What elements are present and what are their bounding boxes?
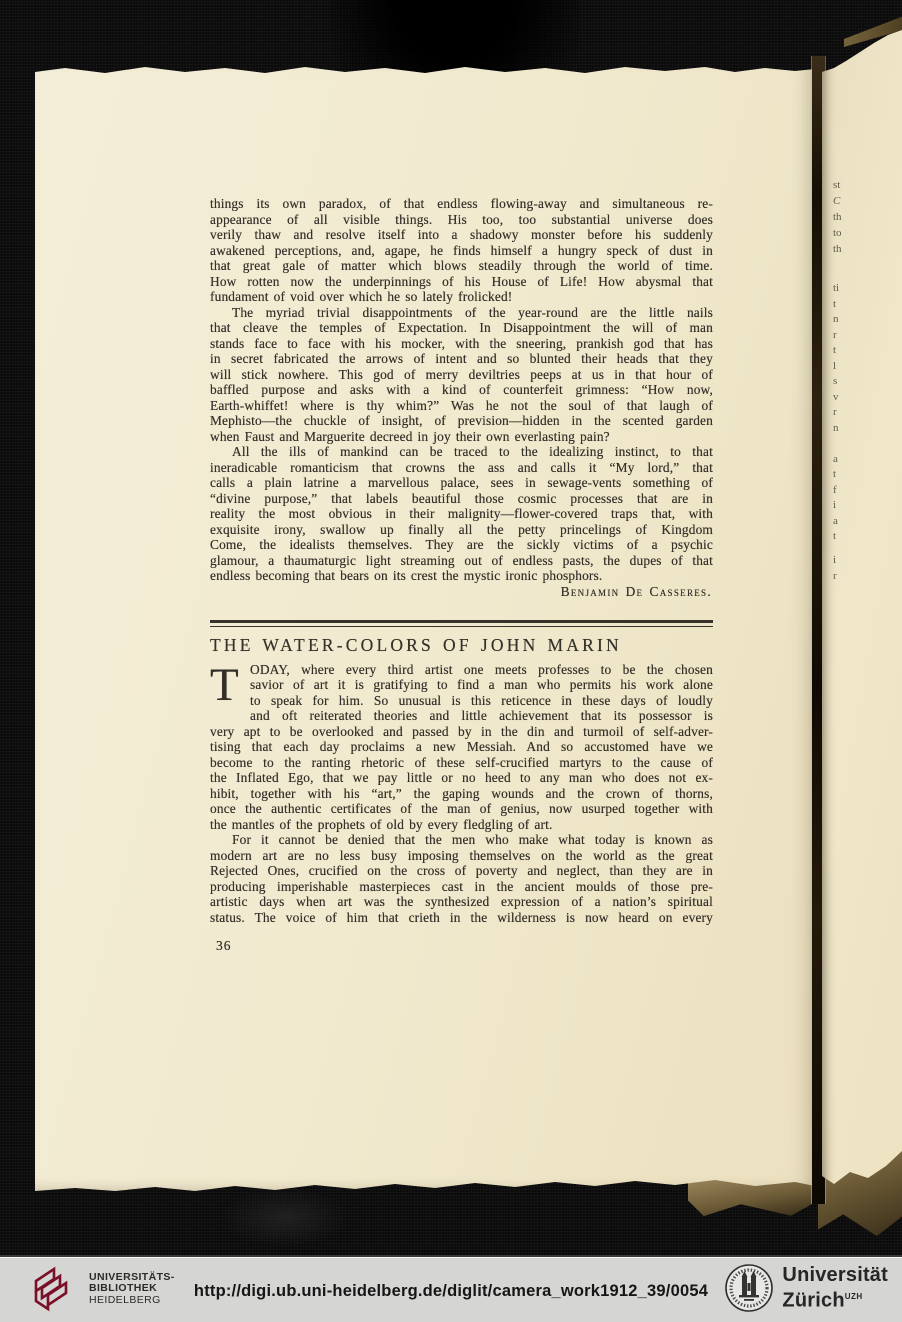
- edge-text-fragment: l: [833, 361, 836, 372]
- text-line: Rejected Ones, crucified on the cross of…: [210, 863, 713, 879]
- text-line: All the ills of mankind can be traced to…: [210, 444, 713, 460]
- edge-text-fragment: to: [833, 228, 842, 239]
- edge-text-fragment: C: [833, 196, 840, 207]
- scan-noise: [205, 1180, 365, 1255]
- text-line: that cleave the temples of Expectation. …: [210, 320, 713, 336]
- text-line: modern art are no less busy imposing the…: [210, 848, 713, 864]
- edge-text-fragment: st: [833, 180, 840, 191]
- text-line: that great gale of matter which blows st…: [210, 258, 713, 274]
- text-line: reality the most obvious in their malign…: [210, 506, 713, 522]
- edge-text-fragment: f: [833, 485, 837, 496]
- text-line: stands face to face with his mocker, wit…: [210, 336, 713, 352]
- paragraph: things its own paradox, of that endless …: [210, 196, 713, 305]
- open-book-icon: [28, 1264, 80, 1314]
- edge-text-fragment: s: [833, 376, 837, 387]
- uzh-line2: ZürichUZH: [782, 1286, 888, 1312]
- text-line: fundament of void over which he so latel…: [210, 289, 713, 305]
- edge-text-fragment: r: [833, 407, 837, 418]
- text-line: baffled purpose and asks with a kind of …: [210, 382, 713, 398]
- section-divider: [210, 620, 713, 627]
- edge-text-fragment: r: [833, 330, 837, 341]
- text-line: calls a plain latrine a marvellous palac…: [210, 475, 713, 491]
- text-line: verily thaw and resolve itself into a sh…: [210, 227, 713, 243]
- page-text: things its own paradox, of that endless …: [210, 196, 713, 954]
- edge-text-fragment: v: [833, 392, 839, 403]
- text-line: ineradicable romanticism that crowns the…: [210, 460, 713, 476]
- text-line: become to the ranting rhetoric of these …: [210, 755, 713, 771]
- text-line: appearance of all visible things. His to…: [210, 212, 713, 228]
- text-line: The myriad trivial disappointments of th…: [210, 305, 713, 321]
- document-url: http://digi.ub.uni-heidelberg.de/diglit/…: [194, 1282, 708, 1301]
- text-line: “divine purpose,” that labels beautiful …: [210, 491, 713, 507]
- edge-text-fragment: i: [833, 555, 836, 566]
- edge-text-fragment: ti: [833, 283, 839, 294]
- drop-cap: T: [210, 663, 239, 707]
- text-line: will stick nowhere. This god of merry de…: [210, 367, 713, 383]
- paragraph: All the ills of mankind can be traced to…: [210, 444, 713, 584]
- text-line: endless becoming that bears on its crest…: [210, 568, 713, 584]
- edge-text-fragment: th: [833, 244, 842, 255]
- text-line: tising that each day proclaims a new Mes…: [210, 739, 713, 755]
- ub-logo-text: UNIVERSITÄTS- BIBLIOTHEK HEIDELBERG: [89, 1272, 175, 1307]
- edge-text-fragment: n: [833, 314, 839, 325]
- text-line: and oft reiterated theories and little a…: [210, 708, 713, 724]
- text-line: producing imperishable masterpieces cast…: [210, 879, 713, 895]
- ub-heidelberg-logo: UNIVERSITÄTS- BIBLIOTHEK HEIDELBERG: [28, 1264, 175, 1314]
- edge-text-fragment: r: [833, 571, 837, 582]
- article-title: THE WATER-COLORS OF JOHN MARIN: [210, 638, 713, 654]
- edge-text-fragment: t: [833, 531, 836, 542]
- uzh-line1: Universität: [782, 1265, 888, 1286]
- edge-text-fragment: th: [833, 212, 842, 223]
- paragraph: TODAY, where every third artist one meet…: [210, 662, 713, 833]
- edge-text-fragment: t: [833, 345, 836, 356]
- article-marin: TODAY, where every third artist one meet…: [210, 662, 713, 926]
- text-line: things its own paradox, of that endless …: [210, 196, 713, 212]
- uzh-sup: UZH: [845, 1292, 863, 1301]
- text-line: savior of art it is gratifying to find a…: [210, 677, 713, 693]
- page-number: 36: [210, 938, 713, 954]
- uzh-logo-text: Universität ZürichUZH: [782, 1265, 888, 1312]
- edge-text-fragment: t: [833, 299, 836, 310]
- library-footer-bar: UNIVERSITÄTS- BIBLIOTHEK HEIDELBERG http…: [0, 1257, 902, 1322]
- edge-text-fragment: n: [833, 423, 839, 434]
- book-scan-viewer: stCthtothtitnrtlsvrnatfiatir things its …: [0, 0, 902, 1322]
- text-line: For it cannot be denied that the men who…: [210, 832, 713, 848]
- text-line: awakened perceptions, and, agape, he fin…: [210, 243, 713, 259]
- paragraph: For it cannot be denied that the men who…: [210, 832, 713, 925]
- text-line: Mephisto—the chuckle of insight, of prev…: [210, 413, 713, 429]
- text-line: Come, the idealists themselves. They are…: [210, 537, 713, 553]
- text-line: very apt to be overlooked and passed by …: [210, 724, 713, 740]
- text-line: How rotten now the underpinnings of his …: [210, 274, 713, 290]
- text-line: in secret fabricated the arrows of inten…: [210, 351, 713, 367]
- uzh-logo: Universität ZürichUZH: [724, 1263, 888, 1313]
- edge-text-fragment: t: [833, 469, 836, 480]
- text-line: the mantles of the prophets of old by ev…: [210, 817, 713, 833]
- paragraph: The myriad trivial disappointments of th…: [210, 305, 713, 445]
- text-line: status. The voice of him that crieth in …: [210, 910, 713, 926]
- text-line: to speak for him. So unusual is this ret…: [210, 693, 713, 709]
- text-line: artistic days when art was the synthesiz…: [210, 894, 713, 910]
- text-line: hibit, together with his “art,” the gapi…: [210, 786, 713, 802]
- edge-text-fragment: a: [833, 454, 838, 465]
- uzh-seal-icon: [724, 1263, 774, 1313]
- facing-page-edge: stCthtothtitnrtlsvrnatfiatir: [822, 26, 902, 1186]
- text-line: ODAY, where every third artist one meets…: [210, 662, 713, 678]
- edge-text-fragment: a: [833, 516, 838, 527]
- text-line: the Inflated Ego, that we pay little or …: [210, 770, 713, 786]
- text-line: Earth-whiffet! where is thy whim?” Was h…: [210, 398, 713, 414]
- text-line: glamour, a thaumaturgic light streaming …: [210, 553, 713, 569]
- text-line: exquisite irony, swallow up finally all …: [210, 522, 713, 538]
- ub-line3: HEIDELBERG: [89, 1295, 175, 1307]
- text-line: when Faust and Marguerite decreed in joy…: [210, 429, 713, 445]
- text-line: once the authentic certificates of the m…: [210, 801, 713, 817]
- article-essay: things its own paradox, of that endless …: [210, 196, 713, 584]
- edge-text-fragment: i: [833, 500, 836, 511]
- author-signature: Benjamin De Casseres.: [210, 584, 713, 600]
